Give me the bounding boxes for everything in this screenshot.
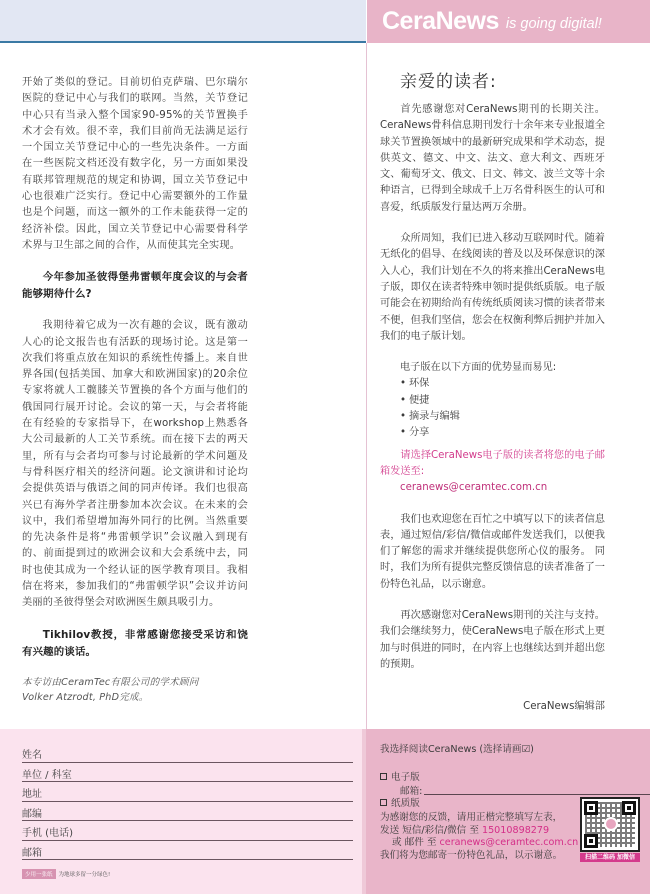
- qr-finder-icon: [584, 834, 598, 848]
- feedback-email-link[interactable]: ceranews@ceramtec.com.cn: [440, 837, 579, 848]
- option-digital-label: 电子版: [391, 769, 420, 783]
- thanks-line-3-prefix: 或 邮件 至: [392, 837, 440, 848]
- option-print[interactable]: 纸质版: [380, 795, 420, 809]
- form-field-email[interactable]: 邮箱: [22, 841, 353, 861]
- advantage-item: 便捷: [400, 393, 605, 409]
- cta-email-link[interactable]: ceranews@ceramtec.com.cn: [400, 480, 605, 496]
- thanks-line-2-prefix: 发送 短信/彩信/微信 至: [380, 825, 482, 836]
- form-field-postcode[interactable]: 邮编: [22, 802, 353, 822]
- letter-paragraph-1: 首先感谢您对CeraNews期刊的长期关注。CeraNews骨科信息期刊发行十余…: [380, 102, 605, 216]
- advantage-item: 环保: [400, 376, 605, 392]
- interview-column: 开始了类似的登记。目前切伯克萨瑞、巴尔瑞尔医院的登记中心与我们的联网。当然，关节…: [22, 75, 248, 706]
- phone-number[interactable]: 15010898279: [482, 825, 549, 836]
- eco-note: 少用一张纸 为地球多留一分绿色!: [22, 869, 110, 879]
- column-divider: [366, 43, 367, 729]
- option-digital[interactable]: 电子版: [380, 769, 420, 783]
- interview-closing: Tikhilov教授，非常感谢您接受采访和饶有兴趣的谈话。: [22, 627, 248, 661]
- form-field-name[interactable]: 姓名: [22, 743, 353, 763]
- interview-question: 今年参加圣彼得堡弗雷顿年度会议的与会者能够期待什么?: [22, 269, 248, 303]
- interview-intro-paragraph: 开始了类似的登记。目前切伯克萨瑞、巴尔瑞尔医院的登记中心与我们的联网。当然，关节…: [22, 75, 248, 254]
- mailbox-input-line[interactable]: [424, 794, 650, 795]
- eco-badge: 少用一张纸: [22, 869, 56, 879]
- letter-signature: CeraNews编辑部: [380, 699, 605, 715]
- qr-logo-icon: [604, 817, 618, 831]
- form-field-phone[interactable]: 手机 (电话): [22, 821, 353, 841]
- thanks-line-4: 我们将为您邮寄一份特色礼品，以示谢意。: [380, 850, 590, 863]
- advantage-item: 摘录与编辑: [400, 409, 605, 425]
- letter-column: 亲爱的读者: 首先感谢您对CeraNews期刊的长期关注。CeraNews骨科信…: [380, 70, 605, 716]
- qr-finder-icon: [622, 801, 636, 815]
- thanks-line-1: 为感谢您的反馈，请用正楷完整填写左表，: [380, 812, 590, 825]
- qr-finder-icon: [584, 801, 598, 815]
- checkbox-digital[interactable]: [380, 773, 387, 780]
- qr-caption: 扫描二维码 加微信: [580, 853, 640, 862]
- header-left-rule: [0, 41, 366, 43]
- letter-paragraph-4: 再次感谢您对CeraNews期刊的关注与支持。我们会继续努力，使CeraNews…: [380, 608, 605, 673]
- brand-title: CeraNews: [382, 7, 499, 36]
- checkbox-print[interactable]: [380, 799, 387, 806]
- digital-cta: 请选择CeraNews电子版的读者将您的电子邮箱发送至:: [380, 448, 605, 481]
- feedback-instructions: 为感谢您的反馈，请用正楷完整填写左表， 发送 短信/彩信/微信 至 150108…: [380, 812, 590, 862]
- form-field-organization[interactable]: 单位 / 科室: [22, 763, 353, 783]
- advantages-intro: 电子版在以下方面的优势显而易见:: [400, 360, 605, 376]
- subscription-title: 我选择阅读CeraNews (选择请画☑): [380, 741, 534, 755]
- credit-line-2: Volker Atzrodt, PhD完成。: [22, 690, 248, 706]
- letter-paragraph-3: 我们也欢迎您在百忙之中填写以下的读者信息表，通过短信/彩信/微信或邮件发送我们，…: [380, 512, 605, 593]
- form-field-address[interactable]: 地址: [22, 782, 353, 802]
- letter-paragraph-2: 众所周知，我们已进入移动互联网时代。随着无纸化的倡导、在线阅读的普及以及环保意识…: [380, 231, 605, 345]
- advantage-item: 分享: [400, 425, 605, 441]
- advantages-list: 环保 便捷 摘录与编辑 分享: [400, 376, 605, 441]
- wechat-qr-code: [580, 797, 640, 852]
- header-left-band: [0, 0, 366, 41]
- option-print-label: 纸质版: [391, 795, 420, 809]
- interview-credit: 本专访由CeramTec有限公司的学术顾问 Volker Atzrodt, Ph…: [22, 675, 248, 706]
- credit-line-1: 本专访由CeramTec有限公司的学术顾问: [22, 675, 248, 691]
- eco-text: 为地球多留一分绿色!: [59, 870, 111, 878]
- header-brand-banner: CeraNews is going digital!: [367, 0, 650, 43]
- letter-greeting: 亲爱的读者:: [400, 70, 605, 94]
- reader-info-form: 姓名 单位 / 科室 地址 邮编 手机 (电话) 邮箱 少用一张纸 为地球多留一…: [0, 729, 366, 894]
- brand-tagline: is going digital!: [506, 16, 602, 32]
- interview-answer: 我期待着它成为一次有趣的会议，既有激动人心的论文报告也有活跃的现场讨论。这是第一…: [22, 318, 248, 611]
